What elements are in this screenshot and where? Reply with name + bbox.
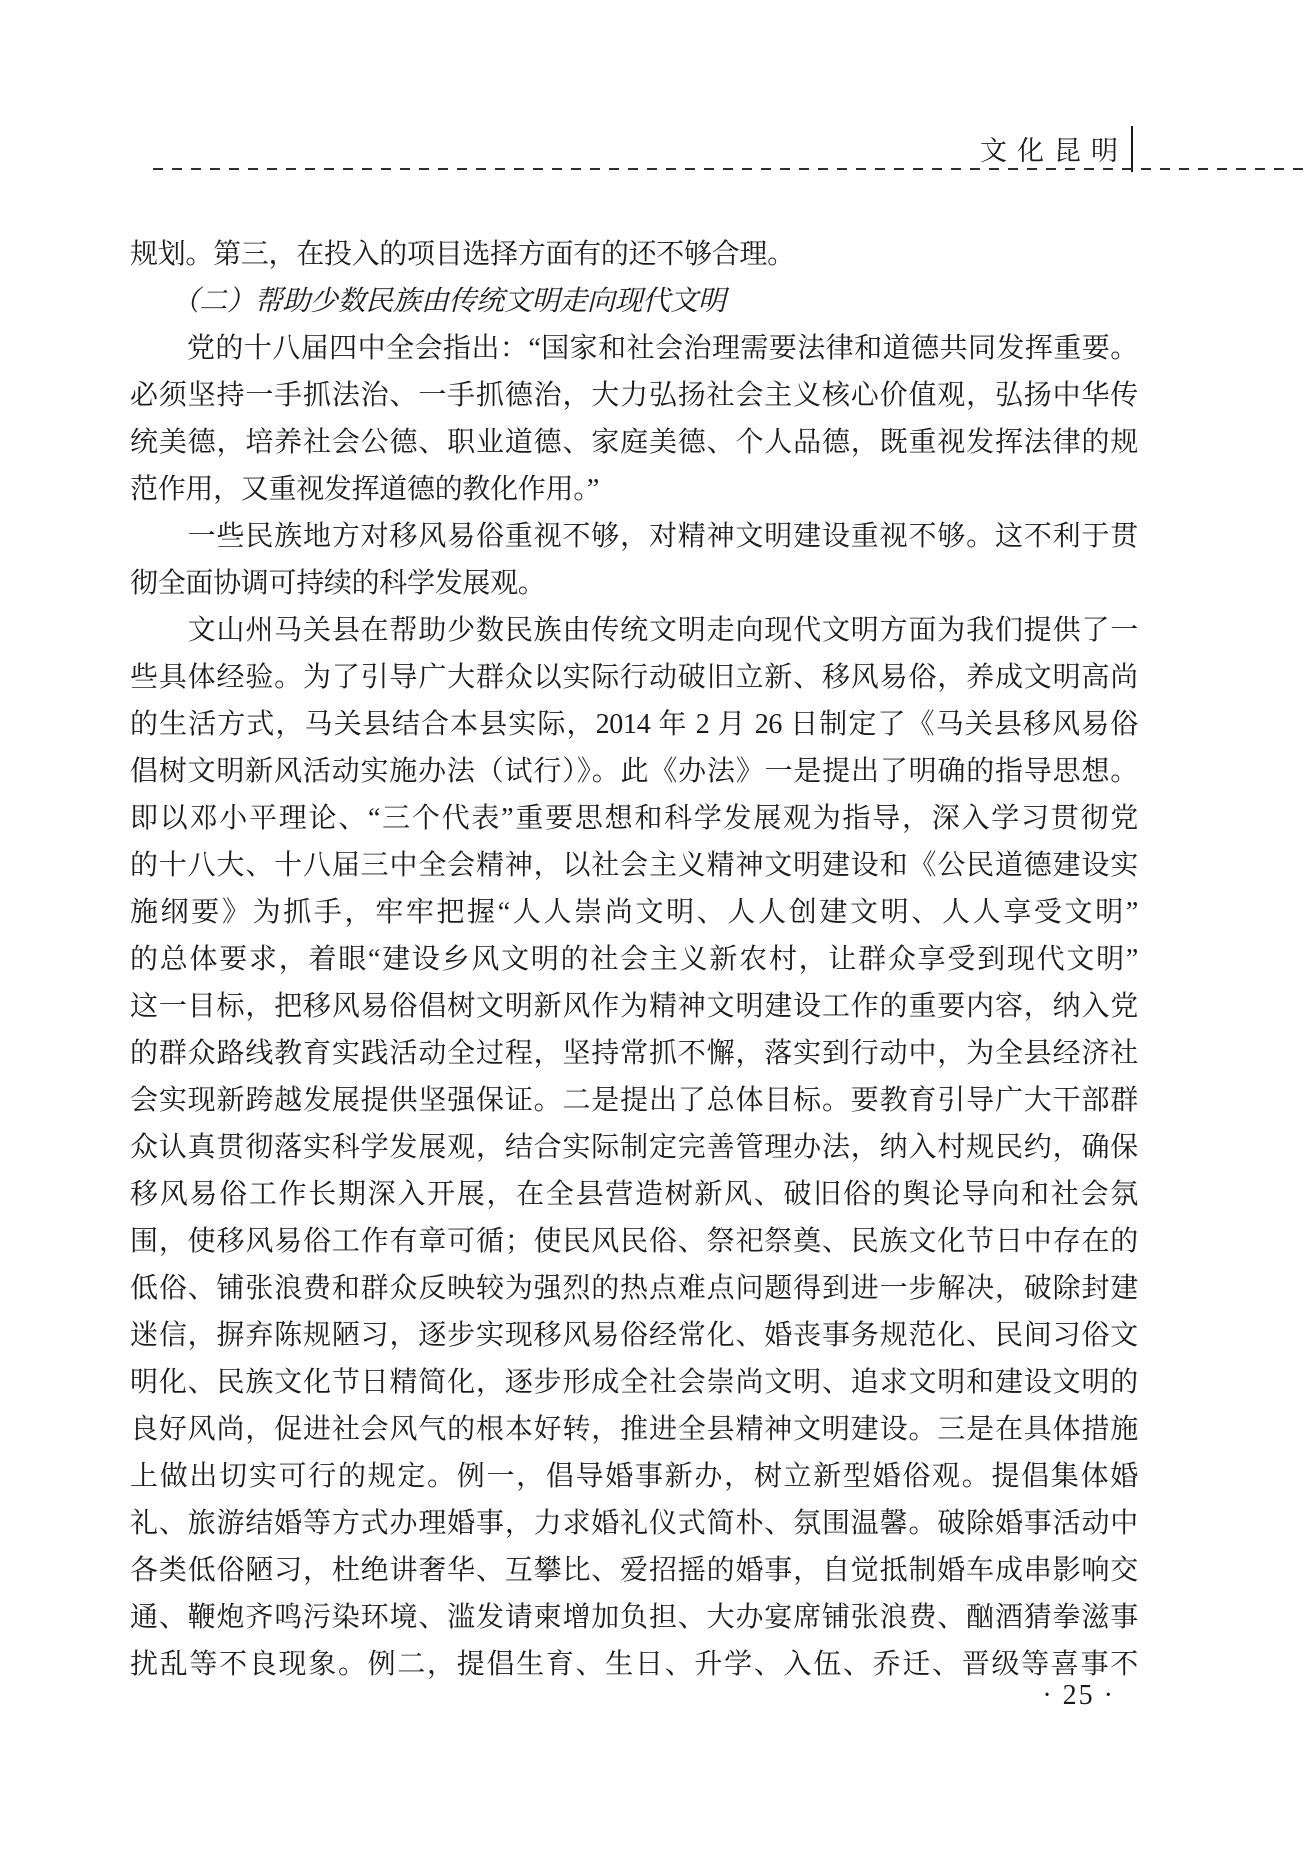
text-line: 上做出切实可行的规定。例一，倡导婚事新办，树立新型婚俗观。提倡集体婚 [130,1453,1138,1500]
text-line: 党的十八届四中全会指出：“国家和社会治理需要法律和道德共同发挥重要。 [130,325,1138,372]
text-line: 范作用，又重视发挥道德的教化作用。” [130,466,1138,513]
text-line: 必须坚持一手抓法治、一手抓德治，大力弘扬社会主义核心价值观，弘扬中华传 [130,372,1138,419]
text-line: 施纲要》为抓手，牢牢把握“人人崇尚文明、人人创建文明、人人享受文明” [130,889,1138,936]
text-line: 移风易俗工作长期深入开展，在全县营造树新风、破旧俗的舆论导向和社会氛 [130,1171,1138,1218]
text-line: 通、鞭炮齐鸣污染环境、滥发请柬增加负担、大办宴席铺张浪费、酗酒猜拳滋事 [130,1594,1138,1641]
text-line: 一些民族地方对移风易俗重视不够，对精神文明建设重视不够。这不利于贯 [130,513,1138,560]
text-line: 各类低俗陋习，杜绝讲奢华、互攀比、爱招摇的婚事，自觉抵制婚车成串影响交 [130,1547,1138,1594]
text-line: 围，使移风易俗工作有章可循；使民风民俗、祭祀祭奠、民族文化节日中存在的 [130,1218,1138,1265]
running-head-title: 文化昆明 [980,129,1128,168]
text-line: 彻全面协调可持续的科学发展观。 [130,560,1138,607]
text-line: 的群众路线教育实践活动全过程，坚持常抓不懈，落实到行动中，为全县经济社 [130,1030,1138,1077]
text-line: 明化、民族文化节日精简化，逐步形成全社会崇尚文明、追求文明和建设文明的 [130,1359,1138,1406]
book-page: 文化昆明 规划。第三，在投入的项目选择方面有的还不够合理。 （二）帮助少数民族由… [0,0,1307,1859]
text-line: 众认真贯彻落实科学发展观，结合实际制定完善管理办法，纳入村规民约，确保 [130,1124,1138,1171]
text-line: 的十八大、十八届三中全会精神，以社会主义精神文明建设和《公民道德建设实 [130,842,1138,889]
text-line: 的生活方式，马关县结合本县实际，2014 年 2 月 26 日制定了《马关县移风… [130,701,1138,748]
text-line: 统美德，培养社会公德、职业道德、家庭美德、个人品德，既重视发挥法律的规 [130,419,1138,466]
text-line: 良好风尚，促进社会风气的根本好转，推进全县精神文明建设。三是在具体措施 [130,1406,1138,1453]
text-line: 即以邓小平理论、“三个代表”重要思想和科学发展观为指导，深入学习贯彻党 [130,795,1138,842]
text-line: 会实现新跨越发展提供坚强保证。二是提出了总体目标。要教育引导广大干部群 [130,1077,1138,1124]
body-text: 规划。第三，在投入的项目选择方面有的还不够合理。 （二）帮助少数民族由传统文明走… [130,231,1138,1688]
text-line: 这一目标，把移风易俗倡树文明新风作为精神文明建设工作的重要内容，纳入党 [130,983,1138,1030]
text-line: 礼、旅游结婚等方式办理婚事，力求婚礼仪式简朴、氛围温馨。破除婚事活动中 [130,1500,1138,1547]
header-vertical-divider [1131,126,1133,172]
text-line: 文山州马关县在帮助少数民族由传统文明走向现代文明方面为我们提供了一 [130,607,1138,654]
text-line: 些具体经验。为了引导广大群众以实际行动破旧立新、移风易俗，养成文明高尚 [130,654,1138,701]
text-line: 迷信，摒弃陈规陋习，逐步实现移风易俗经常化、婚丧事务规范化、民间习俗文 [130,1312,1138,1359]
text-line: 扰乱等不良现象。例二，提倡生育、生日、升学、入伍、乔迁、晋级等喜事不 [130,1641,1138,1688]
text-line: 的总体要求，着眼“建设乡风文明的社会主义新农村，让群众享受到现代文明” [130,936,1138,983]
text-line: 低俗、铺张浪费和群众反映较为强烈的热点难点问题得到进一步解决，破除封建 [130,1265,1138,1312]
header-dashed-rule [153,168,1307,170]
page-number: · 25 · [1042,1680,1115,1712]
text-line: 倡树文明新风活动实施办法（试行）》。此《办法》一是提出了明确的指导思想。 [130,748,1138,795]
section-heading: （二）帮助少数民族由传统文明走向现代文明 [130,278,1138,325]
text-line: 规划。第三，在投入的项目选择方面有的还不够合理。 [130,231,1138,278]
